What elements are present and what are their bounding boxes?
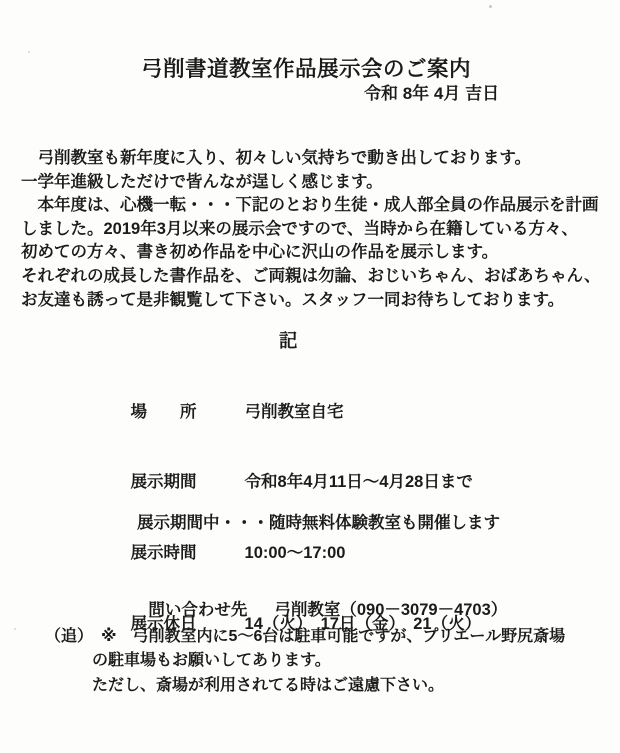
body-line: お友達も誘って是非観覧して下さい。スタッフ一同お待ちしております。 <box>21 289 606 313</box>
scan-speck <box>14 628 16 630</box>
body-line: 本年度は、心機一転・・・下記のとおり生徒・成人部全員の作品展示を計画 <box>21 194 606 218</box>
scanned-document-page: 弓削書道教室作品展示会のご案内 令和 8年 4月 吉日 弓削教室も新年度に入り、… <box>0 0 620 753</box>
postscript-line: （追） ※ 弓削教室内に5～6台は駐車可能ですが、プリエール野尻斎場 <box>45 625 565 649</box>
contact-label: 問い合わせ先 <box>148 596 274 620</box>
body-paragraph: 弓削教室も新年度に入り、初々しい気持ちで動き出しております。 一学年進級しただけ… <box>21 147 606 312</box>
detail-label: 展示時間 <box>131 542 245 566</box>
postscript-line: の駐車場もお願いしてあります。 <box>45 649 565 673</box>
detail-row-place: 場 所弓削教室自宅 <box>103 377 481 448</box>
postscript-line: ただし、斎場が利用されてる時はご遠慮下さい。 <box>45 674 565 698</box>
detail-value: 10:00～17:00 <box>245 544 346 562</box>
postscript-note: （追） ※ 弓削教室内に5～6台は駐車可能ですが、プリエール野尻斎場 の駐車場も… <box>45 625 565 698</box>
scan-speck <box>28 51 30 53</box>
body-line: 初めての方々、書き初め作品を中心に沢山の作品を展示します。 <box>21 241 606 265</box>
detail-label: 場 所 <box>131 401 245 425</box>
notice-heading: 記 <box>279 327 298 353</box>
scan-speck <box>489 5 492 8</box>
contact-phone: 弓削教室（090－3079－4703） <box>274 601 507 619</box>
document-date: 令和 8年 4月 吉日 <box>364 79 499 104</box>
body-line: 弓削教室も新年度に入り、初々しい気持ちで動き出しております。 <box>21 147 606 171</box>
detail-label: 展示期間 <box>131 471 245 495</box>
detail-value: 弓削教室自宅 <box>245 403 344 421</box>
detail-row-period: 展示期間令和8年4月11日～4月28日まで <box>103 448 481 519</box>
detail-value: 令和8年4月11日～4月28日まで <box>245 473 473 491</box>
free-trial-note: 展示期間中・・・随時無料体験教室も開催します <box>137 509 500 533</box>
body-line: 一学年進級しただけで皆んなが逞しく感じます。 <box>21 171 606 195</box>
body-line: しました。2019年3月以来の展示会ですので、当時から在籍している方々、 <box>21 218 606 242</box>
body-line: それぞれの成長した書作品を、ご両親は勿論、おじいちゃん、おばあちゃん、 <box>21 265 606 289</box>
